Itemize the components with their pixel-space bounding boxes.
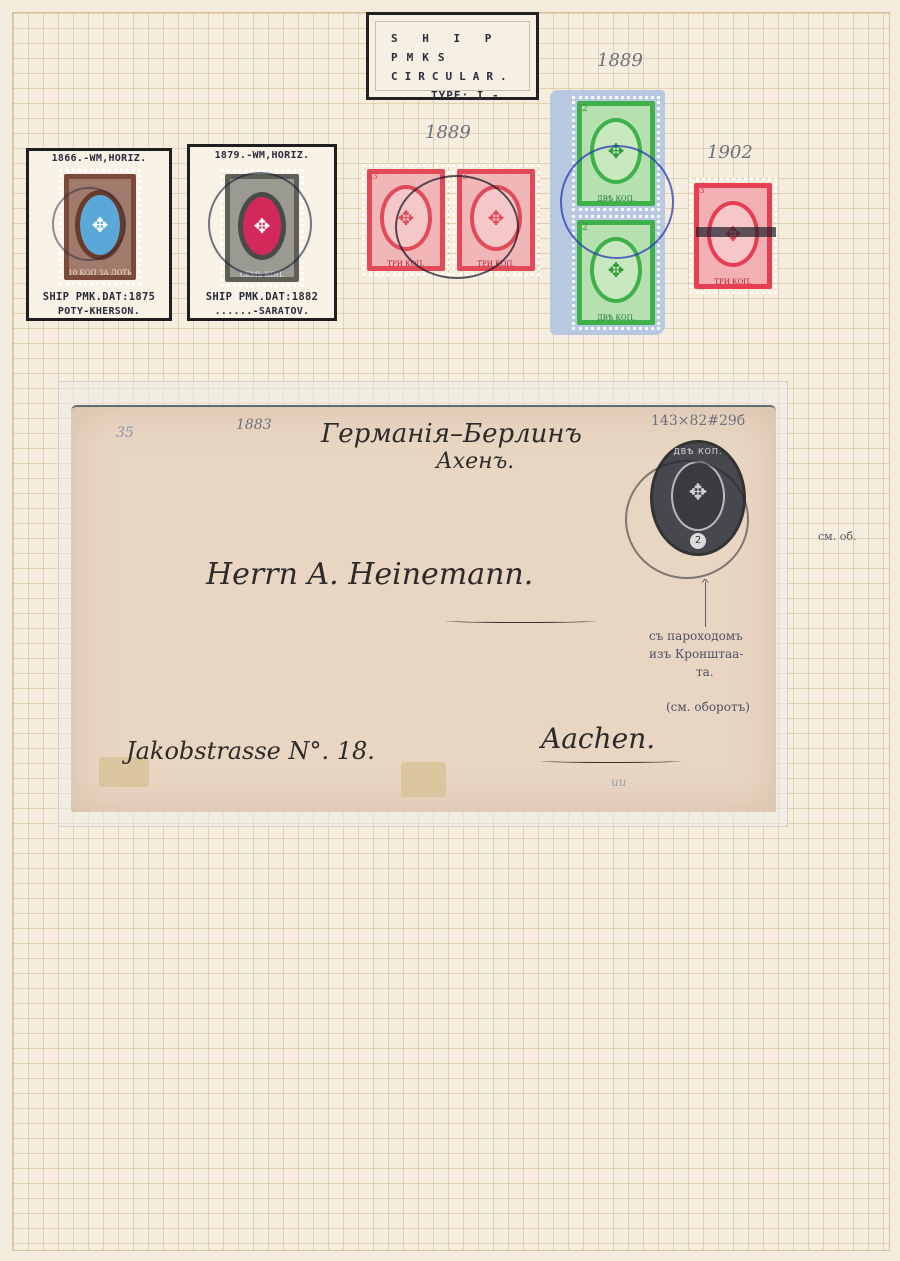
year-note-1902: 1902 bbox=[707, 142, 753, 163]
destination-city: Aachen. bbox=[541, 722, 655, 755]
stamp-1866[interactable]: ✥ 10 КОП ЗА ЛОТЬ bbox=[59, 169, 141, 285]
postmark-cancel bbox=[625, 460, 749, 579]
pencil-note-line-4: (см. оборотъ) bbox=[666, 700, 750, 714]
margin-pencil-note: см. об. bbox=[818, 530, 856, 543]
year-note-1889-pair: 1889 bbox=[425, 122, 471, 143]
postmark-cancel bbox=[208, 172, 312, 276]
stamp-1879[interactable]: ✥ СЕМЬ КОП. bbox=[220, 169, 304, 287]
city-underline bbox=[541, 759, 681, 763]
pencil-note-line-3: та. bbox=[696, 665, 714, 679]
stamp-value-text: 10 КОП ЗА ЛОТЬ bbox=[62, 269, 138, 277]
stamp-caption-1: SHIP PMK.DAT:1875 bbox=[29, 291, 169, 303]
year-note-1889-strip: 1889 bbox=[597, 50, 643, 71]
addressee: Herrn A. Heinemann. bbox=[206, 557, 533, 592]
stamp-value-text: ДВѢ КОП. bbox=[575, 314, 657, 322]
year-pencil-note: 1883 bbox=[236, 417, 272, 433]
indicia-text: ДВѢ КОП. bbox=[653, 447, 743, 456]
title-line-2: CIRCULAR. bbox=[391, 67, 526, 86]
street-address: Jakobstrasse N°. 18. bbox=[126, 737, 375, 765]
address-line-2: Ахенъ. bbox=[436, 449, 514, 474]
corner-pencil-note: 35 bbox=[116, 425, 134, 441]
stamp-1902[interactable]: ✥ 3 ТРИ КОП. bbox=[689, 178, 777, 294]
pencil-note-line-2: изъ Кронштаа- bbox=[649, 647, 743, 661]
pencil-note-line-1: съ пароходомъ bbox=[649, 629, 743, 643]
stamp-header: 1879.-WM,HORIZ. bbox=[190, 150, 334, 161]
size-pencil-note: 143×82#29б bbox=[651, 413, 745, 429]
stamp-value-text: ТРИ КОП. bbox=[692, 278, 774, 286]
stamp-frame-1866: 1866.-WM,HORIZ. ✥ 10 КОП ЗА ЛОТЬ SHIP PM… bbox=[26, 148, 172, 321]
stamp-caption-2: POTY-KHERSON. bbox=[29, 306, 169, 317]
title-line-1: S H I P PMKS bbox=[391, 29, 526, 67]
straight-line-cancel bbox=[696, 227, 776, 237]
stamp-frame-1879: 1879.-WM,HORIZ. ✥ СЕМЬ КОП. SHIP PMK.DAT… bbox=[187, 144, 337, 321]
eagle-icon: ✥ bbox=[608, 260, 625, 280]
postmark-cancel bbox=[395, 175, 519, 279]
postmark-cancel bbox=[560, 145, 674, 259]
arrowhead-icon: ^ bbox=[700, 577, 710, 591]
addressee-underline bbox=[446, 619, 596, 623]
stamp-caption-1: SHIP PMK.DAT:1882 bbox=[190, 291, 334, 303]
address-line-1: Германія–Берлинъ bbox=[321, 419, 582, 449]
stamp-header: 1866.-WM,HORIZ. bbox=[29, 153, 169, 164]
stamp-caption-2: ......-SARATOV. bbox=[190, 306, 334, 317]
postmark-cancel bbox=[52, 187, 126, 261]
title-line-3: TYPE: I.- bbox=[391, 86, 526, 105]
title-label: S H I P PMKS CIRCULAR. TYPE: I.- bbox=[366, 12, 539, 100]
pencil-small-note: ии bbox=[611, 775, 626, 789]
